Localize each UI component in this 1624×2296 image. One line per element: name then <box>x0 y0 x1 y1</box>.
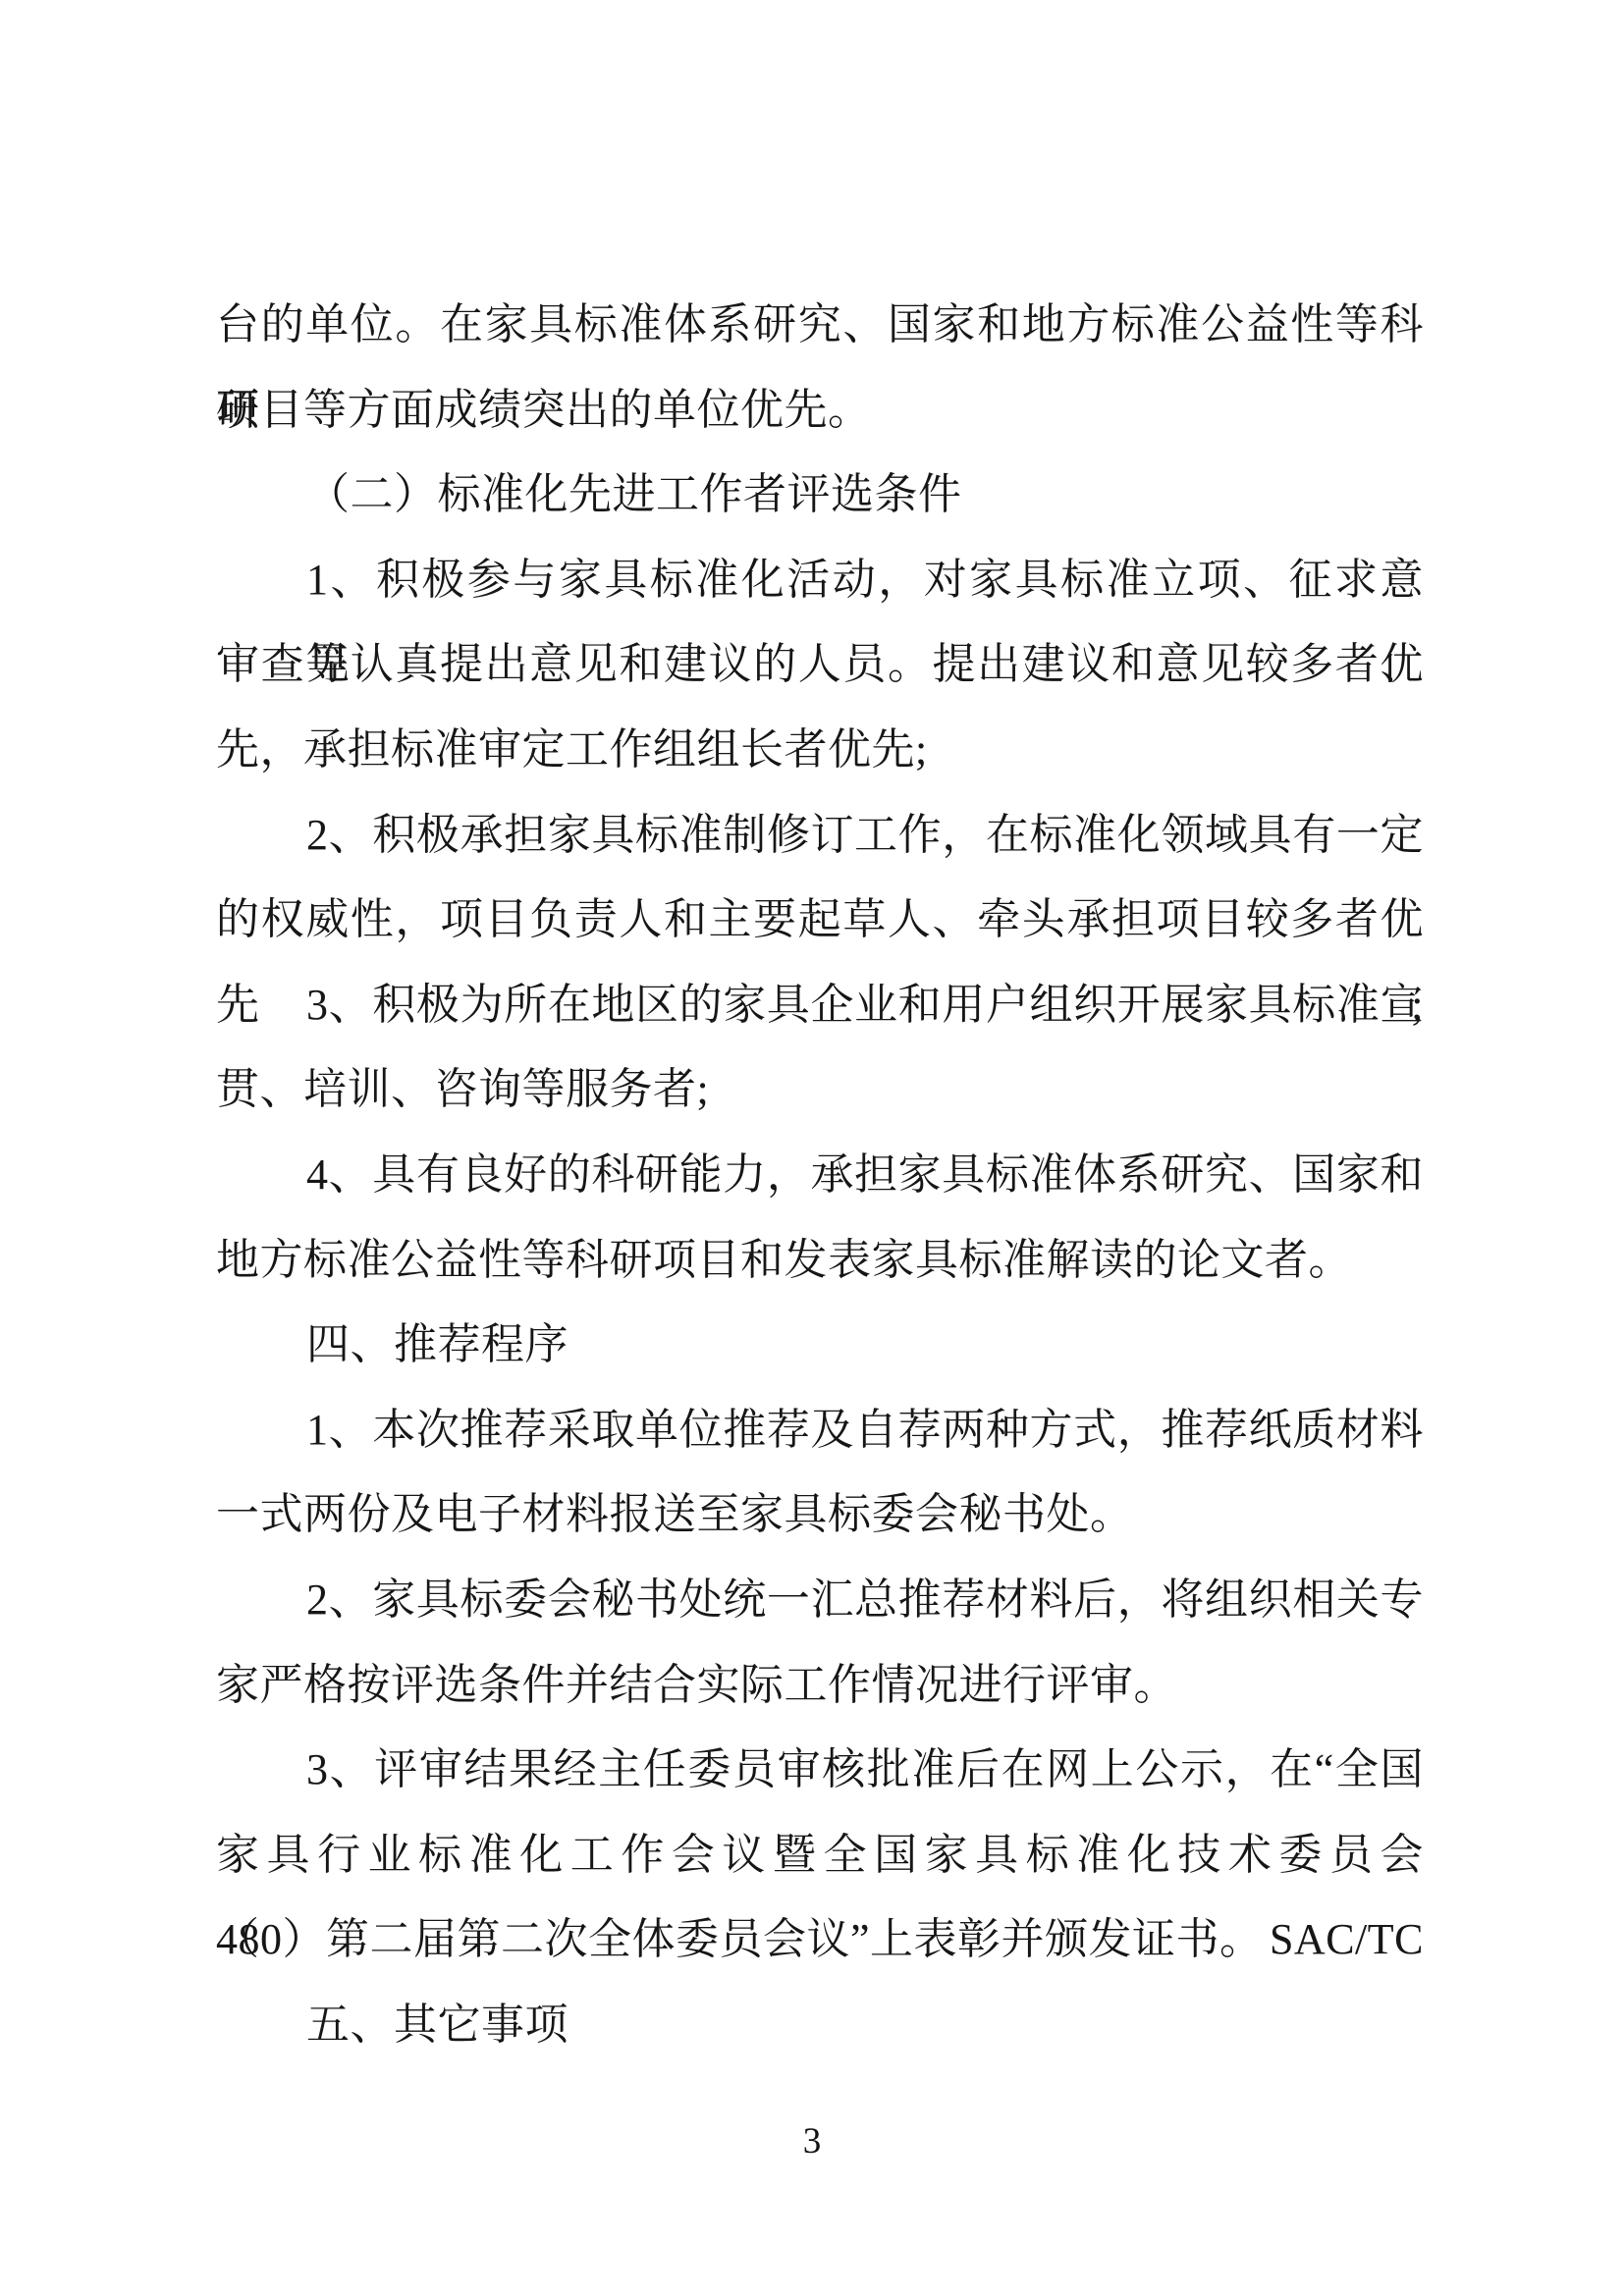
section-heading-5: 五、其它事项 <box>216 1983 1424 2068</box>
text-line: 3、评审结果经主任委员审核批准后在网上公示，在“全国 <box>216 1728 1424 1813</box>
text-line: 项目等方面成绩突出的单位优先。 <box>216 368 1424 454</box>
text-line: 480）第二届第二次全体委员会议”上表彰并颁发证书。 <box>216 1897 1424 1983</box>
text-line: 2、积极承担家具标准制修订工作，在标准化领域具有一定 <box>216 793 1424 879</box>
document-page: 台的单位。在家具标准体系研究、国家和地方标准公益性等科研 项目等方面成绩突出的单… <box>0 0 1624 2296</box>
text-line: 地方标准公益性等科研项目和发表家具标准解读的论文者。 <box>216 1218 1424 1304</box>
text-line: 台的单位。在家具标准体系研究、国家和地方标准公益性等科研 <box>216 283 1424 368</box>
text-line: 家严格按评选条件并结合实际工作情况进行评审。 <box>216 1643 1424 1729</box>
text-line: 3、积极为所在地区的家具企业和用户组织开展家具标准宣 <box>216 963 1424 1048</box>
text-line: 先，承担标准审定工作组组长者优先; <box>216 708 1424 793</box>
text-line: 家具行业标准化工作会议暨全国家具标准化技术委员会（SAC/TC <box>216 1813 1424 1898</box>
text-line: 2、家具标委会秘书处统一汇总推荐材料后，将组织相关专 <box>216 1558 1424 1643</box>
page-number: 3 <box>0 2120 1624 2163</box>
text-line: 1、积极参与家具标准化活动，对家具标准立项、征求意见、 <box>216 538 1424 623</box>
section-heading-4: 四、推荐程序 <box>216 1303 1424 1388</box>
text-line: 1、本次推荐采取单位推荐及自荐两种方式，推荐纸质材料 <box>216 1388 1424 1473</box>
text-line: 贯、培训、咨询等服务者; <box>216 1047 1424 1133</box>
subsection-heading-2: （二）标准化先进工作者评选条件 <box>216 453 1424 538</box>
text-line: 的权威性，项目负责人和主要起草人、牵头承担项目较多者优先; <box>216 878 1424 963</box>
text-line: 审查等认真提出意见和建议的人员。提出建议和意见较多者优 <box>216 622 1424 708</box>
text-line: 4、具有良好的科研能力，承担家具标准体系研究、国家和 <box>216 1133 1424 1218</box>
text-line: 一式两份及电子材料报送至家具标委会秘书处。 <box>216 1472 1424 1558</box>
document-body: 台的单位。在家具标准体系研究、国家和地方标准公益性等科研 项目等方面成绩突出的单… <box>216 283 1424 2067</box>
